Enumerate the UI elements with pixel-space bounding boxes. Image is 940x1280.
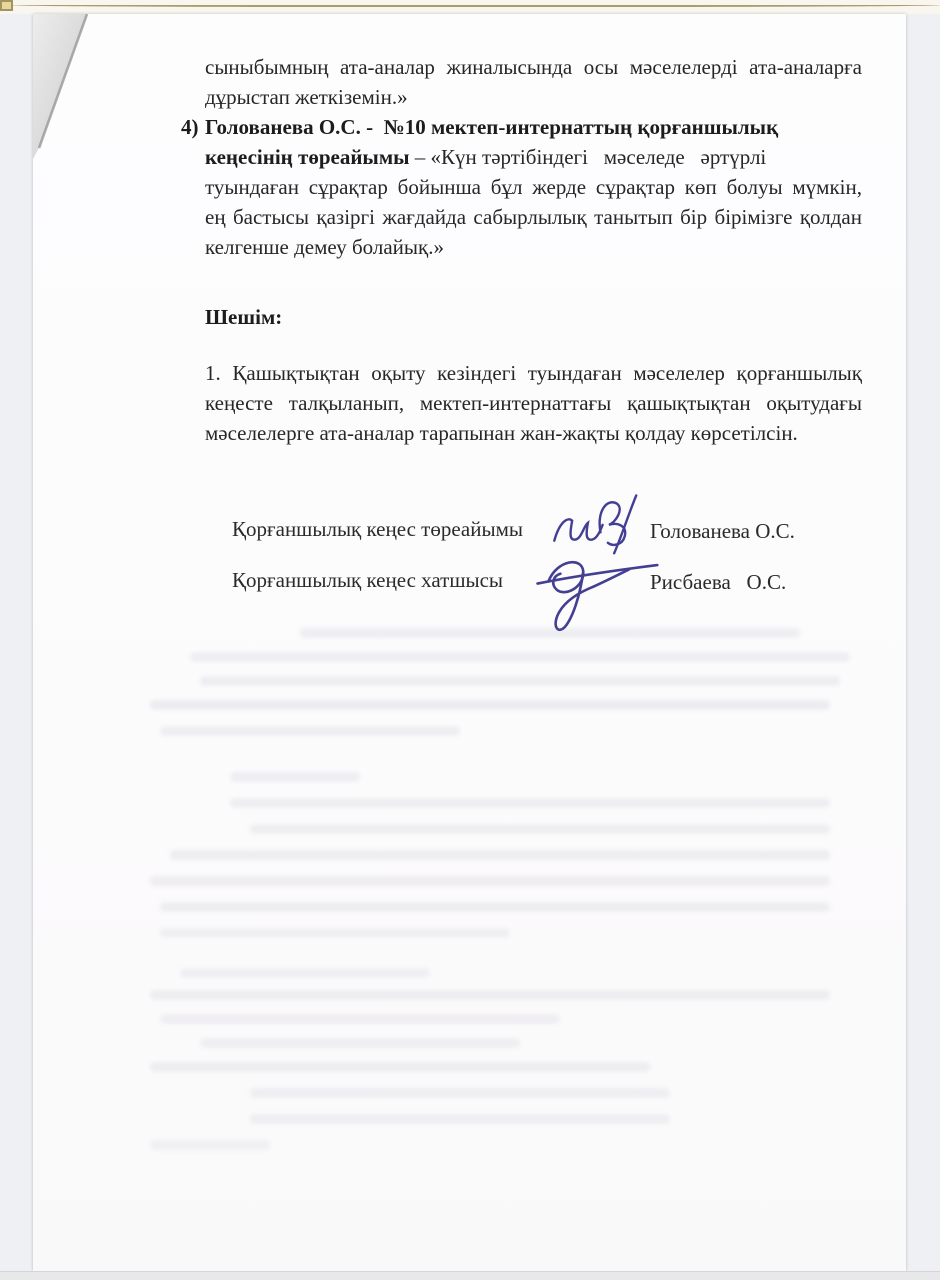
bleed-through-line xyxy=(250,824,830,834)
table-edge-line xyxy=(12,5,940,7)
bleed-through-line xyxy=(160,1014,560,1024)
text-line: Шешім: xyxy=(205,302,862,332)
text-line: мәселелерге ата-аналар тарапынан жан-жақ… xyxy=(205,418,862,448)
photo-corner-mark xyxy=(0,0,13,11)
signature-name-risbaeva: Рисбаева О.С. xyxy=(650,570,786,595)
bleed-through-line xyxy=(250,1088,670,1098)
adjacent-photo-strip xyxy=(0,0,940,14)
bleed-through-line xyxy=(200,1038,520,1048)
text-line: кеңесте талқыланып, мектеп-интернаттағы … xyxy=(205,388,862,418)
page-corner-fold xyxy=(33,14,93,164)
bleed-through-line xyxy=(150,1140,270,1150)
text-line: кеңесінің төреайымы – «Күн тәртібіндегі … xyxy=(205,142,862,172)
text-line: дұрыстап жеткіземін.» xyxy=(205,82,862,112)
bleed-through-line xyxy=(170,850,830,860)
bleed-through-line xyxy=(190,652,850,662)
document-page: сыныбымның ата-аналар жиналысында осы мә… xyxy=(33,14,906,1271)
text-line: ең бастысы қазіргі жағдайда сабырлылық т… xyxy=(205,202,862,232)
signature-golovaneva-ink xyxy=(548,488,653,566)
bleed-through-line xyxy=(300,628,800,638)
bleed-through-line xyxy=(160,928,510,938)
bleed-through-line xyxy=(230,798,830,808)
bleed-through-line xyxy=(160,726,460,736)
text-line: 1. Қашықтықтан оқыту кезіндегі туындаған… xyxy=(205,358,862,388)
bleed-through-line xyxy=(150,990,830,1000)
signature-risbaeva-ink xyxy=(531,540,666,638)
bleed-through-line xyxy=(160,902,830,912)
bleed-through-line xyxy=(150,700,830,710)
list-item-marker: 4) xyxy=(181,112,199,142)
signature-role-chairwoman: Қорғаншылық кеңес төреайымы xyxy=(232,517,523,542)
signature-role-secretary: Қорғаншылық кеңес хатшысы xyxy=(232,568,503,593)
text-line: Голованева О.С. - №10 мектеп-интернаттың… xyxy=(205,112,862,142)
text-line: туындаған сұрақтар бойынша бұл жерде сұр… xyxy=(205,172,862,202)
bleed-through-line xyxy=(150,876,830,886)
page-bottom-edge xyxy=(0,1271,940,1280)
bleed-through-line xyxy=(250,1114,670,1124)
document-text: сыныбымның ата-аналар жиналысында осы мә… xyxy=(205,52,862,448)
bleed-through-line xyxy=(200,676,840,686)
text-line: келгенше демеу болайық.» xyxy=(205,232,862,262)
bleed-through-line xyxy=(180,968,430,978)
bleed-through-line xyxy=(150,1062,650,1072)
bleed-through-line xyxy=(230,772,360,782)
signature-name-golovaneva: Голованева О.С. xyxy=(650,519,795,544)
text-line: сыныбымның ата-аналар жиналысында осы мә… xyxy=(205,52,862,82)
